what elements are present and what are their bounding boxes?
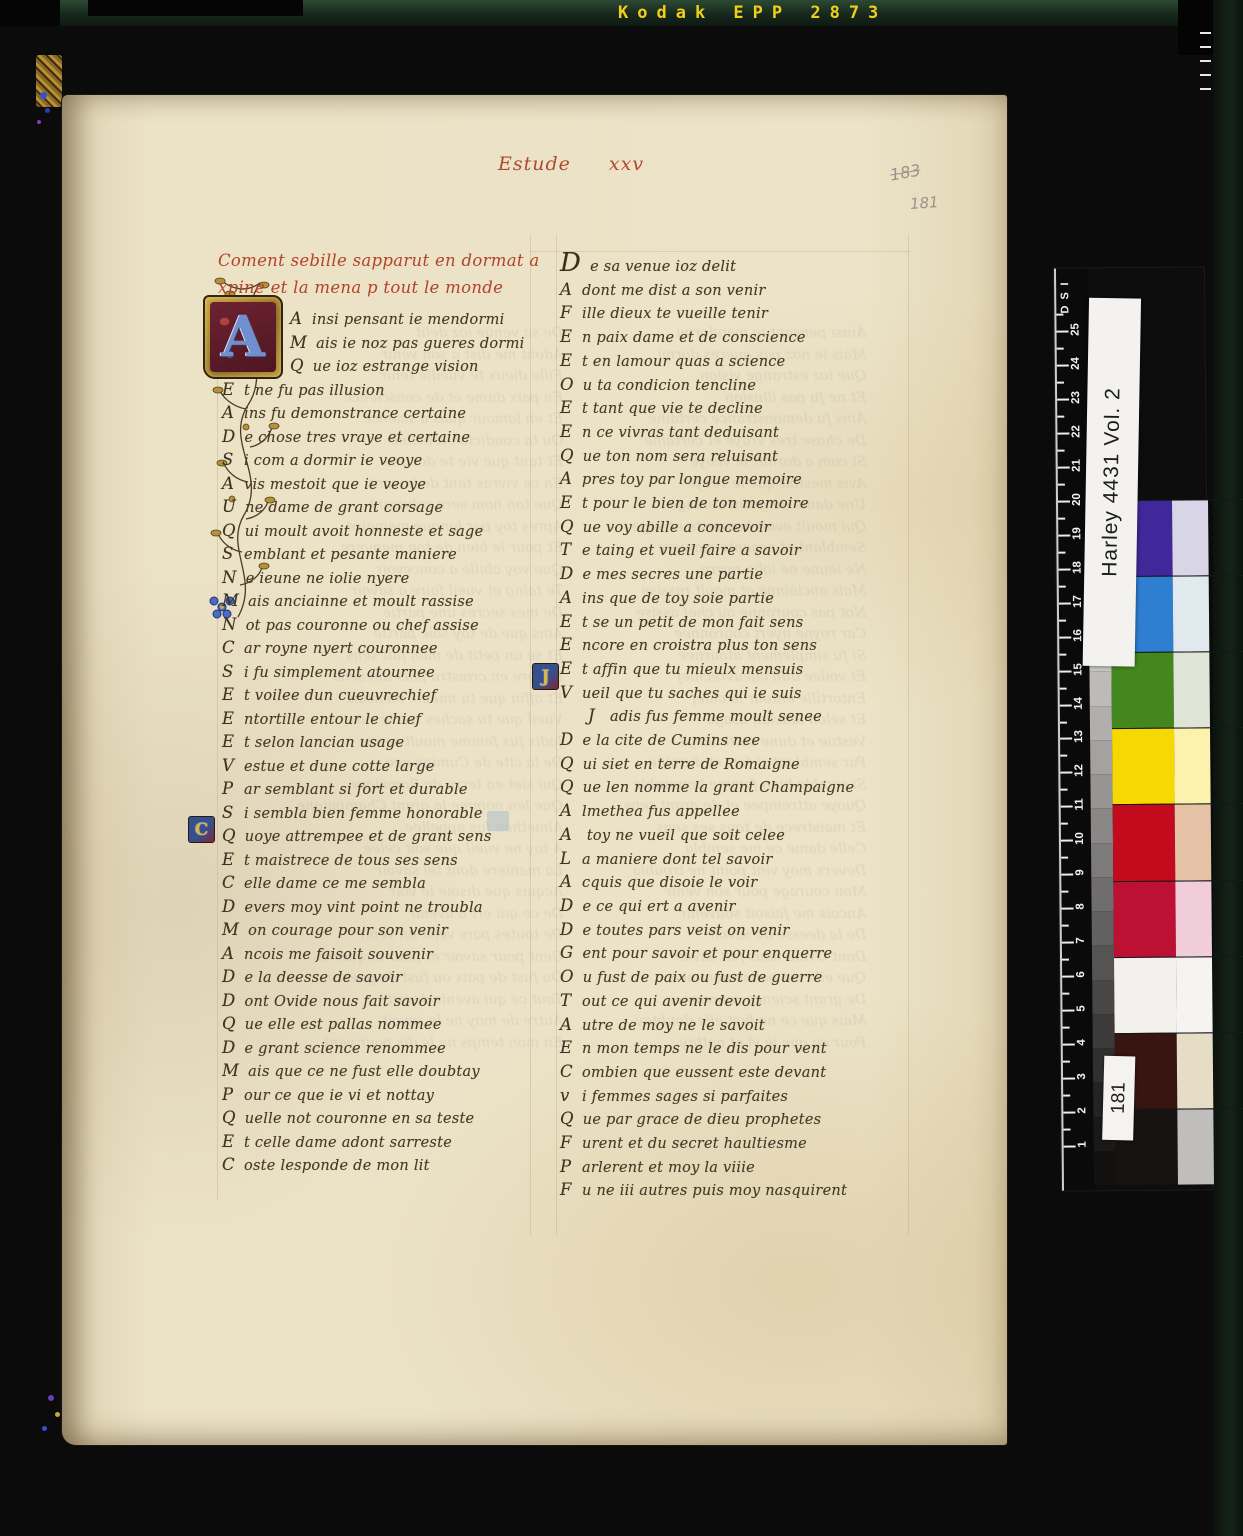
line-initial: Q [222,825,236,847]
line-text: u ne iii autres puis moy nasquirent [582,1183,847,1199]
ruler-tick [1061,874,1073,876]
line-initial: Q [560,753,574,775]
verse-line: Que voy abille a concevoir [560,516,990,540]
ruler-tick [1059,602,1071,604]
line-initial: C [560,1061,573,1083]
line-initial: E [222,708,235,730]
line-text: out ce qui avenir devoit [582,994,762,1010]
line-text: ne dame de grant corsage [245,500,443,516]
verse-line: Que ioz estrange vision [222,355,552,379]
verse-line: En mon temps ne le dis pour vent [560,1037,990,1061]
running-title: Estudexxv [498,153,644,175]
line-text: i fu simplement atournee [244,665,435,681]
ruler-minor-tick [1057,348,1064,350]
line-initial: V [560,682,573,704]
line-initial: T [560,539,573,561]
line-initial: E [560,611,573,633]
line-initial: D [222,966,235,988]
ruler-number: 5 [1074,998,1088,1020]
line-text: e la cite de Cumins nee [582,733,760,749]
verse-line: Encore en croistra plus ton sens [560,634,990,658]
line-text: ue ton nom sera reluisant [583,449,778,465]
verse-line: Autre de moy ne le savoit [560,1014,990,1038]
verse-line: Avis mestoit que ie veoye [222,473,552,497]
color-patch-crimson [1113,881,1176,957]
color-patch-white [1114,957,1177,1033]
line-text: i com a dormir ie veoye [244,453,422,469]
line-text: ue elle est pallas nommee [245,1017,442,1033]
line-text: e grant science renommee [244,1041,446,1057]
ruler-tick [1062,1010,1074,1012]
ruler-number: 3 [1075,1065,1089,1087]
line-initial: E [560,326,573,348]
shelfmark-label: Harley 4431 Vol. 2 [1083,298,1141,667]
line-text: e la deesse de savoir [244,970,402,986]
verse-line: Qui siet en terre de Romaigne [560,753,990,777]
line-initial: O [560,374,574,396]
ruler-minor-tick [1061,857,1068,859]
line-initial: M [222,1060,239,1082]
verse-line: Que elle est pallas nommee [222,1013,552,1037]
folio-label: 181 [1102,1056,1135,1141]
ruler-number: 8 [1073,896,1087,918]
ruler-number: 10 [1073,828,1087,850]
edge-decoration-dot [55,1412,60,1417]
verse-line: Une dame de grant corsage [222,496,552,520]
verse-line: Que ton nom sera reluisant [560,445,990,469]
line-initial: A [290,308,303,330]
running-title-word: Estude [498,153,571,175]
line-text: uelle not couronne en sa teste [245,1111,475,1127]
verse-line: Et pour le bien de ton memoire [560,492,990,516]
line-text: e toutes pars veist on venir [582,923,789,939]
ruler-end-letter: I [1059,278,1073,286]
ruler-number: 7 [1074,930,1088,952]
line-text: insi pensant ie mendormi [312,312,505,328]
tint-patch-purple [1172,500,1209,575]
line-initial: M [290,332,307,354]
line-text: ue ioz estrange vision [313,359,479,375]
line-initial: A [560,1014,573,1036]
line-initial: N [222,614,237,636]
patch-row-crimson [1113,879,1243,956]
line-text: urent et du secret haultiesme [582,1136,807,1152]
verse-line: Quelle not couronne en sa teste [222,1107,552,1131]
line-text: t celle dame adont sarreste [244,1135,452,1151]
verse-line: Et maistrece de tous ses sens [222,849,552,873]
verse-line: Vestue et dune cotte large [222,755,552,779]
verse-line: Apres toy par longue memoire [560,468,990,492]
pencil-folio-number: 181 [909,193,939,213]
verse-line: Fu ne iii autres puis moy nasquirent [560,1179,990,1203]
line-initial: P [222,778,235,800]
line-initial: E [560,350,573,372]
line-initial: N [222,567,237,589]
ruler-tick [1057,331,1069,333]
ruler-tick [1060,738,1072,740]
ruler-number: 12 [1072,760,1086,782]
film-photograph: Kodak EPP 2873 Estudexxv 183 181 De sa v… [0,0,1243,1536]
ruler-tick [1061,806,1073,808]
edge-decoration-dot [40,92,47,99]
line-text: n ce vivras tant deduisant [582,425,779,441]
verse-line: Que len nomme la grant Champaigne [560,776,990,800]
line-text: ont Ovide nous fait savoir [244,994,439,1010]
line-text: e chose tres vraye et certaine [244,430,470,446]
gray-step [1092,1014,1114,1048]
line-text: e sa venue ioz delit [590,259,736,275]
line-initial: Q [222,1013,236,1035]
verse-line: Parlerent et moy la viiie [560,1156,990,1180]
ruler-minor-tick [1057,415,1064,417]
verse-line: La maniere dont tel savoir [560,848,990,872]
ruler-minor-tick [1059,619,1066,621]
line-text: ui moult avoit honneste et sage [245,524,484,540]
film-frame-label: Kodak EPP 2873 [618,3,887,23]
verse-line: Si fu simplement atournee [222,661,552,685]
ruler-number: 25 [1068,318,1082,340]
line-initial: v [560,1085,573,1107]
line-initial: E [560,1037,573,1059]
line-text: uoye attrempee et de grant sens [245,829,492,845]
patch-row-black [1115,1108,1243,1185]
verse-line: Et affin que tu mieulx mensuis [560,658,990,682]
ruler-minor-tick [1061,789,1068,791]
ruler-number: 24 [1069,352,1083,374]
line-initial: S [222,802,235,824]
ruler-tick [1058,466,1070,468]
verse-line: Mais anciainne et moult rassise [222,590,552,614]
ruler-minor-tick [1060,687,1067,689]
line-initial: Q [222,1107,236,1129]
line-initial: E [560,421,573,443]
edge-decoration-dot [45,108,50,113]
line-text: utre de moy ne le savoit [582,1018,765,1034]
line-initial: E [560,658,573,680]
line-text: oste lesponde de mon lit [244,1158,430,1174]
line-text: ncois me faisoit souvenir [244,947,433,963]
ruler-tick [1058,534,1070,536]
line-text: ins que de toy soie partie [582,591,774,607]
verse-line: De grant science renommee [222,1037,552,1061]
patch-row-red [1113,803,1243,880]
verse-line: Gent pour savoir et pour enquerre [560,942,990,966]
verse-line: Furent et du secret haultiesme [560,1132,990,1156]
line-text: vis mestoit que ie veoye [244,477,426,493]
ruler-end-letters: ISD [1062,275,1070,317]
verse-line: Fille dieux te vueille tenir [560,302,990,326]
line-initial: Q [560,776,574,798]
line-initial: A [222,473,235,495]
line-text: ais anciainne et moult rassise [248,594,474,610]
verse-line: Et celle dame adont sarreste [222,1131,552,1155]
verse-line: Celle dame ce me sembla [222,872,552,896]
tint-patch-yellow [1174,729,1211,804]
ruler-tick [1063,1044,1075,1046]
verse-line: Ancois me faisoit souvenir [222,943,552,967]
line-initial: A [560,468,573,490]
line-text: lmethea fus appellee [582,804,740,820]
gray-step [1089,671,1111,705]
film-notch [0,0,60,26]
ruler-tick [1058,500,1070,502]
line-text: ais ie noz pas gueres dormi [316,336,524,352]
line-initial: D [222,1037,235,1059]
line-text: t ne fu pas illusion [244,383,385,399]
verse-line: Car royne nyert couronnee [222,637,552,661]
folio-label-text: 181 [1107,1082,1130,1114]
verse-line: Jadis fus femme moult senee [560,705,990,729]
line-text: ncore en croistra plus ton sens [582,638,817,654]
ruler-tick [1059,636,1071,638]
color-calibration-target: ISD 123456789101112131415161718192021222… [1054,267,1212,1190]
line-text: e ieune ne iolie nyere [246,571,410,587]
line-text: our ce que ie vi et nottay [244,1088,434,1104]
ruler-tick [1057,398,1069,400]
verse-line: Semblant et pesante maniere [222,543,552,567]
verse-line: Ou fust de paix ou fust de guerre [560,966,990,990]
line-text: ille dieux te vueille tenir [582,306,768,322]
gray-step [1092,980,1114,1014]
line-initial: J [588,705,601,727]
verse-line: Devers moy vint point ne troubla [222,896,552,920]
line-text: emblant et pesante maniere [244,547,457,563]
ruling-line [530,251,910,252]
ruler-minor-tick [1062,959,1069,961]
ruler-minor-tick [1056,314,1063,316]
verse-line: vi femmes sages si parfaites [560,1085,990,1109]
ruler-minor-tick [1060,721,1067,723]
line-initial: E [222,684,235,706]
running-title-numeral: xxv [609,153,644,175]
verse-line: Et tant que vie te decline [560,397,990,421]
ruler-minor-tick [1062,993,1069,995]
gilded-page-edge [36,55,62,107]
tint-patch-crimson [1175,881,1212,956]
line-initial: A [222,943,235,965]
line-initial: F [560,1179,573,1201]
ruler-tick [1060,704,1072,706]
gray-step [1092,945,1114,979]
line-text: e ce qui ert a avenir [582,899,735,915]
verse-line: Ains que de toy soie partie [560,587,990,611]
ruler-number: 4 [1075,1032,1089,1054]
ruler-tick [1060,772,1072,774]
gray-step [1091,877,1113,911]
verse-line: Mais ie noz pas gueres dormi [222,332,552,356]
line-initial: A [222,402,235,424]
line-initial: A [560,800,573,822]
line-initial: U [222,496,236,518]
verse-line: Et voilee dun cueuvrechief [222,684,552,708]
verse-line: Ains fu demonstrance certaine [222,402,552,426]
verse-line: Si sembla bien femme honorable [222,802,552,826]
verse-line: De ce qui ert a avenir [560,895,990,919]
line-text: ombien que eussent este devant [582,1065,826,1081]
ruler-minor-tick [1061,891,1068,893]
line-initial: C [222,637,235,659]
ruler-number: 19 [1070,522,1084,544]
verse-line: Entortille entour le chief [222,708,552,732]
line-initial: S [222,661,235,683]
line-text: t tant que vie te decline [582,401,763,417]
line-text: ntortille entour le chief [244,712,421,728]
line-text: u fust de paix ou fust de guerre [583,970,823,986]
gray-step [1090,706,1112,740]
line-initial: Q [222,520,236,542]
verse-line: Ne ieune ne iolie nyere [222,567,552,591]
verse-line: Combien que eussent este devant [560,1061,990,1085]
ruler-tick [1062,942,1074,944]
film-registration-marks [1200,32,1214,102]
small-initial-c: C [188,816,215,843]
text-column-left: Ainsi pensant ie mendormiMais ie noz pas… [222,308,552,1178]
verse-line: Vueil que tu saches qui ie suis [560,682,990,706]
line-initial: E [222,379,235,401]
color-patch-red [1113,805,1176,881]
line-text: ar royne nyert couronnee [244,641,438,657]
line-text: t maistrece de tous ses sens [244,853,458,869]
ruler-number: 20 [1070,488,1084,510]
ruler-number: 1 [1076,1133,1090,1155]
line-text: i femmes sages si parfaites [582,1089,788,1105]
line-initial: E [222,731,235,753]
line-text: ue par grace de dieu prophetes [583,1112,822,1128]
text-column-right: De sa venue ioz delitAdont me dist a son… [560,253,990,1203]
gray-step [1091,808,1113,842]
line-text: dont me dist a son venir [582,283,766,299]
gray-step [1094,1151,1116,1185]
line-text: t en lamour quas a science [582,354,786,370]
line-text: ar semblant si fort et durable [244,782,468,798]
tint-patch-green [1173,653,1210,728]
film-notch [88,0,303,16]
ruler-minor-tick [1058,483,1065,485]
verse-line: Tout ce qui avenir devoit [560,990,990,1014]
ruler-minor-tick [1058,449,1065,451]
line-initial: P [560,1156,573,1178]
line-text: e mes secres une partie [582,567,763,583]
tint-patch-white [1176,957,1213,1032]
rubric-line: Coment sebille sapparut en dormat a [218,247,548,274]
verse-line: Not pas couronne ou chef assise [222,614,552,638]
verse-line: De la deesse de savoir [222,966,552,990]
line-text: on courage pour son venir [248,923,448,939]
ruler-number: 18 [1070,556,1084,578]
ruler-minor-tick [1063,1027,1070,1029]
ruler-tick [1063,1112,1075,1114]
line-initial: Q [560,1108,574,1130]
patch-row-yellow [1112,727,1243,804]
verse-line: Acquis que disoie le voir [560,871,990,895]
line-initial: A [560,587,573,609]
line-text: cquis que disoie le voir [582,875,757,891]
line-text: ins fu demonstrance certaine [244,406,466,422]
verse-line: De chose tres vraye et certaine [222,426,552,450]
line-initial: M [222,919,239,941]
gray-step [1090,740,1112,774]
edge-decoration-dot [42,1426,47,1431]
ruler-number: 21 [1070,454,1084,476]
shelfmark-text: Harley 4431 Vol. 2 [1098,387,1125,577]
line-initial: E [222,1131,235,1153]
verse-line: Mon courage pour son venir [222,919,552,943]
line-text: ais que ce ne fust elle doubtay [248,1064,480,1080]
color-patch-yellow [1112,729,1175,805]
ruler-minor-tick [1057,381,1064,383]
line-initial: D [560,563,573,585]
ruler-tick [1057,364,1069,366]
verse-line: Par semblant si fort et durable [222,778,552,802]
manuscript-page: Estudexxv 183 181 De sa venue ioz delitA… [62,95,1007,1445]
line-initial: V [222,755,235,777]
line-text: estue et dune cotte large [244,759,435,775]
ruler-tick [1057,432,1069,434]
line-initial: E [560,634,573,656]
tint-patch-black [1177,1109,1214,1184]
line-initial: D [222,426,235,448]
line-text: ui siet en terre de Romaigne [583,757,800,773]
line-initial: E [560,492,573,514]
ruler-minor-tick [1060,755,1067,757]
verse-line: Mais que ce ne fust elle doubtay [222,1060,552,1084]
line-text: ue voy abille a concevoir [583,520,771,536]
line-initial: A [560,871,573,893]
ruler-number: 14 [1072,692,1086,714]
ruler-number: 13 [1072,726,1086,748]
ruler-minor-tick [1063,1129,1070,1131]
line-text: t se un petit de mon fait sens [582,615,803,631]
line-initial: C [222,1154,235,1176]
verse-line: Coste lesponde de mon lit [222,1154,552,1178]
line-initial: E [560,397,573,419]
ruler-tick [1059,670,1071,672]
ruler-tick [1062,976,1074,978]
line-initial: S [222,449,235,471]
pencil-folio-old: 183 [889,160,922,184]
line-text: adis fus femme moult senee [610,709,822,725]
line-text: e taing et vueil faire a savoir [582,543,801,559]
line-text: t selon lancian usage [244,735,404,751]
ruler-minor-tick [1061,823,1068,825]
ruler-minor-tick [1058,517,1065,519]
gray-step [1092,911,1114,945]
line-text: evers moy vint point ne troubla [244,900,482,916]
line-text: toy ne vueil que soit celee [582,828,785,844]
ruler-minor-tick [1059,653,1066,655]
ruler-minor-tick [1059,585,1066,587]
line-text: ent pour savoir et pour enquerre [582,946,832,962]
line-initial: A [560,279,573,301]
verse-line: Qui moult avoit honneste et sage [222,520,552,544]
ruler-minor-tick [1062,925,1069,927]
verse-line: Adont me dist a son venir [560,279,990,303]
ruler-minor-tick [1058,551,1065,553]
ruler-tick [1061,840,1073,842]
ruler-tick [1063,1078,1075,1080]
verse-line: Quoye attrempee et de grant sens [222,825,552,849]
verse-line: Et en lamour quas a science [560,350,990,374]
ruler-tick [1064,1146,1076,1148]
line-initial: Q [560,516,574,538]
ruler-number: 2 [1075,1099,1089,1121]
gray-step [1091,843,1113,877]
line-initial: D [560,253,581,275]
line-text: t voilee dun cueuvrechief [244,688,436,704]
line-text: ueil que tu saches qui ie suis [582,686,802,702]
verse-line: Ou ta condicion tencline [560,374,990,398]
line-text: ue len nomme la grant Champaigne [583,780,855,796]
